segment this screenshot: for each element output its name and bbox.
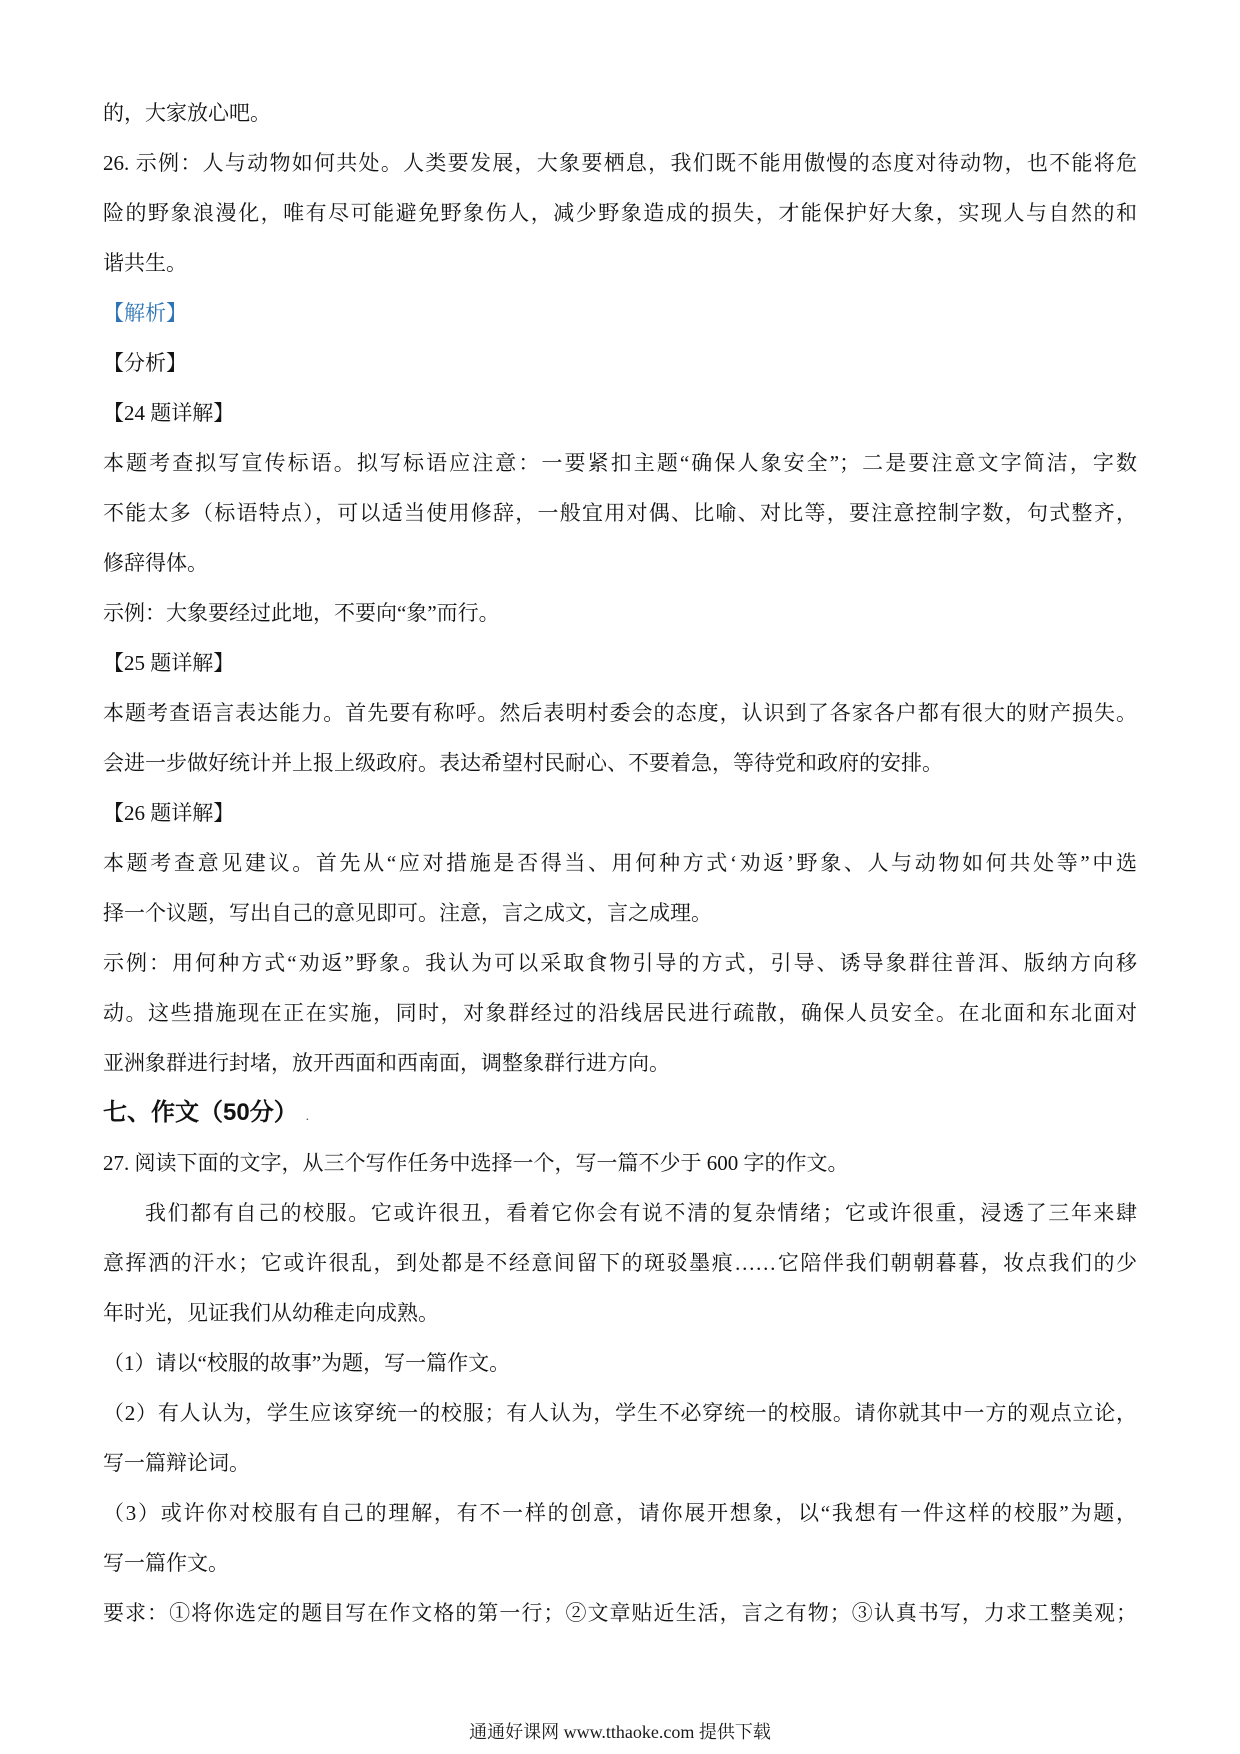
text-line-content: 意挥洒的汗水；它或许很乱，到处都是不经意间留下的斑驳墨痕……它陪伴我们朝朝暮暮，…: [103, 1251, 1137, 1275]
text-line: 的，大家放心吧。: [103, 88, 1137, 138]
text-line-content: 【25 题详解】: [103, 651, 234, 675]
text-line: （3）或许你对校服有自己的理解，有不一样的创意，请你展开想象，以“我想有一件这样…: [103, 1488, 1137, 1538]
text-line: （2）有人认为，学生应该穿统一的校服；有人认为，学生不必穿统一的校服。请你就其中…: [103, 1388, 1137, 1438]
text-line: 年时光，见证我们从幼稚走向成熟。: [103, 1288, 1137, 1338]
text-line: 示例：大象要经过此地，不要向“象”而行。: [103, 588, 1137, 638]
text-line: 要求：①将你选定的题目写在作文格的第一行；②文章贴近生活，言之有物；③认真书写，…: [103, 1588, 1137, 1638]
text-line-content: 会进一步做好统计并上报上级政府。表达希望村民耐心、不要着急，等待党和政府的安排。: [103, 751, 943, 775]
text-line-content: 【26 题详解】: [103, 801, 234, 825]
text-line: 亚洲象群进行封堵，放开西面和西南面，调整象群行进方向。: [103, 1038, 1137, 1088]
text-line-content: 险的野象浪漫化，唯有尽可能避免野象伤人，减少野象造成的损失，才能保护好大象，实现…: [103, 201, 1137, 225]
text-line: 我们都有自己的校服。它或许很丑，看着它你会有说不清的复杂情绪；它或许很重，浸透了…: [103, 1188, 1137, 1238]
text-line: 本题考查意见建议。首先从“应对措施是否得当、用何种方式‘劝返’野象、人与动物如何…: [103, 838, 1137, 888]
section-heading: 七、作文（50分）.: [103, 1088, 1137, 1138]
text-line-content: 的，大家放心吧。: [103, 101, 271, 125]
text-line-content: 不能太多（标语特点），可以适当使用修辞，一般宜用对偶、比喻、对比等，要注意控制字…: [103, 501, 1137, 525]
text-line-content: 示例：用何种方式“劝返”野象。我认为可以采取食物引导的方式，引导、诱导象群往普洱…: [103, 951, 1137, 975]
text-line: 不能太多（标语特点），可以适当使用修辞，一般宜用对偶、比喻、对比等，要注意控制字…: [103, 488, 1137, 538]
text-line: 本题考查拟写宣传标语。拟写标语应注意：一要紧扣主题“确保人象安全”；二是要注意文…: [103, 438, 1137, 488]
text-line-content: 写一篇作文。: [103, 1551, 229, 1575]
text-line: 示例：用何种方式“劝返”野象。我认为可以采取食物引导的方式，引导、诱导象群往普洱…: [103, 938, 1137, 988]
text-line-content: 【分析】: [103, 351, 187, 375]
text-line: 择一个议题，写出自己的意见即可。注意，言之成文，言之成理。: [103, 888, 1137, 938]
text-line: 修辞得体。: [103, 538, 1137, 588]
text-line: 【26 题详解】: [103, 788, 1137, 838]
text-line: 本题考查语言表达能力。首先要有称呼。然后表明村委会的态度，认识到了各家各户都有很…: [103, 688, 1137, 738]
text-line: 27. 阅读下面的文字，从三个写作任务中选择一个，写一篇不少于 600 字的作文…: [103, 1138, 1137, 1188]
text-line: 【解析】: [103, 288, 1137, 338]
text-line-content: 谐共生。: [103, 251, 187, 275]
text-line-content: 我们都有自己的校服。它或许很丑，看着它你会有说不清的复杂情绪；它或许很重，浸透了…: [145, 1201, 1137, 1225]
text-line-content: 七、作文（50分）: [103, 1099, 298, 1126]
text-line-content: （3）或许你对校服有自己的理解，有不一样的创意，请你展开想象，以“我想有一件这样…: [103, 1501, 1137, 1525]
text-line-content: 示例：大象要经过此地，不要向“象”而行。: [103, 601, 500, 625]
text-line: （1）请以“校服的故事”为题，写一篇作文。: [103, 1338, 1137, 1388]
text-line-content: （2）有人认为，学生应该穿统一的校服；有人认为，学生不必穿统一的校服。请你就其中…: [103, 1401, 1137, 1425]
document-content: 的，大家放心吧。26. 示例：人与动物如何共处。人类要发展，大象要栖息，我们既不…: [103, 88, 1137, 1638]
text-line-content: （1）请以“校服的故事”为题，写一篇作文。: [103, 1351, 510, 1375]
text-line-content: 动。这些措施现在正在实施，同时，对象群经过的沿线居民进行疏散，确保人员安全。在北…: [103, 1001, 1137, 1025]
text-line-content: 要求：①将你选定的题目写在作文格的第一行；②文章贴近生活，言之有物；③认真书写，…: [103, 1601, 1137, 1625]
text-line: 写一篇作文。: [103, 1538, 1137, 1588]
text-line: 写一篇辩论词。: [103, 1438, 1137, 1488]
text-line: 【分析】: [103, 338, 1137, 388]
text-line-content: 年时光，见证我们从幼稚走向成熟。: [103, 1301, 439, 1325]
text-line: 【24 题详解】: [103, 388, 1137, 438]
text-line: 谐共生。: [103, 238, 1137, 288]
text-line: 26. 示例：人与动物如何共处。人类要发展，大象要栖息，我们既不能用傲慢的态度对…: [103, 138, 1137, 188]
text-line-content: 【24 题详解】: [103, 401, 234, 425]
text-line-content: 【解析】: [103, 301, 187, 325]
text-line: 动。这些措施现在正在实施，同时，对象群经过的沿线居民进行疏散，确保人员安全。在北…: [103, 988, 1137, 1038]
text-line-content: 26. 示例：人与动物如何共处。人类要发展，大象要栖息，我们既不能用傲慢的态度对…: [103, 151, 1137, 175]
text-line-content: 修辞得体。: [103, 551, 208, 575]
document-page: 的，大家放心吧。26. 示例：人与动物如何共处。人类要发展，大象要栖息，我们既不…: [0, 0, 1240, 1754]
page-footer: 通通好课网 www.tthaoke.com 提供下载: [0, 1718, 1240, 1746]
text-line: 险的野象浪漫化，唯有尽可能避免野象伤人，减少野象造成的损失，才能保护好大象，实现…: [103, 188, 1137, 238]
text-line: 意挥洒的汗水；它或许很乱，到处都是不经意间留下的斑驳墨痕……它陪伴我们朝朝暮暮，…: [103, 1238, 1137, 1288]
text-line: 会进一步做好统计并上报上级政府。表达希望村民耐心、不要着急，等待党和政府的安排。: [103, 738, 1137, 788]
text-line: 【25 题详解】: [103, 638, 1137, 688]
text-line-content: 写一篇辩论词。: [103, 1451, 250, 1475]
text-line-content: 本题考查拟写宣传标语。拟写标语应注意：一要紧扣主题“确保人象安全”；二是要注意文…: [103, 451, 1137, 475]
text-line-content: 择一个议题，写出自己的意见即可。注意，言之成文，言之成理。: [103, 901, 712, 925]
heading-suffix: .: [306, 1108, 309, 1123]
text-line-content: 亚洲象群进行封堵，放开西面和西南面，调整象群行进方向。: [103, 1051, 670, 1075]
footer-text: 通通好课网 www.tthaoke.com 提供下载: [469, 1722, 771, 1742]
text-line-content: 27. 阅读下面的文字，从三个写作任务中选择一个，写一篇不少于 600 字的作文…: [103, 1151, 849, 1175]
text-line-content: 本题考查语言表达能力。首先要有称呼。然后表明村委会的态度，认识到了各家各户都有很…: [103, 701, 1137, 725]
text-line-content: 本题考查意见建议。首先从“应对措施是否得当、用何种方式‘劝返’野象、人与动物如何…: [103, 851, 1137, 875]
